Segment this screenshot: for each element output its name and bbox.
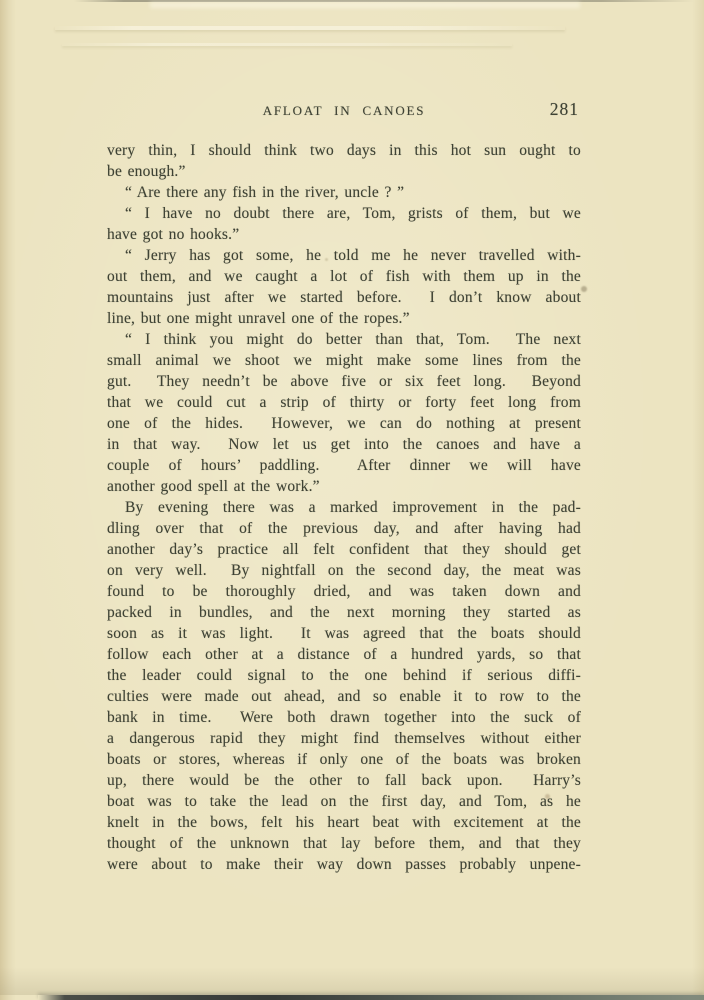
- paragraph: “ Jerry has got some, he told me he neve…: [107, 245, 581, 329]
- text-line: “ I have no doubt there are, Tom, grists…: [107, 203, 581, 224]
- text-line: out them, and we caught a lot of fish wi…: [107, 266, 581, 287]
- text-line: “ Are there any fish in the river, uncle…: [107, 182, 581, 203]
- text-line: bank in time. Were both drawn together i…: [107, 707, 581, 728]
- text-line: mountains just after we started before. …: [107, 287, 581, 308]
- paragraph: By evening there was a marked improvemen…: [107, 497, 581, 875]
- page-number: 281: [550, 99, 579, 120]
- text-line: that we could cut a strip of thirty or f…: [107, 392, 581, 413]
- text-line: boats or stores, whereas if only one of …: [107, 749, 581, 770]
- text-line: be enough.”: [107, 161, 581, 182]
- text-line: knelt in the bows, felt his heart beat w…: [107, 812, 581, 833]
- text-line: the leader could signal to the one behin…: [107, 665, 581, 686]
- text-line: found to be thoroughly dried, and was ta…: [107, 581, 581, 602]
- text-line: “ Jerry has got some, he told me he neve…: [107, 245, 581, 266]
- text-line: thought of the unknown that lay before t…: [107, 833, 581, 854]
- paragraph: “ Are there any fish in the river, uncle…: [107, 182, 581, 203]
- text-line: packed in bundles, and the next morning …: [107, 602, 581, 623]
- paragraph: “ I have no doubt there are, Tom, grists…: [107, 203, 581, 245]
- top-crease-highlight: [150, 2, 580, 8]
- paragraph: “ I think you might do better than that,…: [107, 329, 581, 497]
- left-page-edge-shading: [0, 0, 16, 1000]
- text-line: another good spell at the work.”: [107, 476, 581, 497]
- text-line: culties were made out ahead, and so enab…: [107, 686, 581, 707]
- bottom-paper-dimming: [0, 967, 704, 995]
- paper-crease: [55, 26, 565, 30]
- text-line: gut. They needn’t be above five or six f…: [107, 371, 581, 392]
- text-line: couple of hours’ paddling. After dinner …: [107, 455, 581, 476]
- text-line: a dangerous rapid they might find themse…: [107, 728, 581, 749]
- text-line: up, there would be the other to fall bac…: [107, 770, 581, 791]
- book-page: AFLOAT IN CANOES 281 very thin, I should…: [0, 0, 704, 1000]
- text-line: on very well. By nightfall on the second…: [107, 560, 581, 581]
- text-line: another day’s practice all felt confiden…: [107, 539, 581, 560]
- paragraph: very thin, I should think two days in th…: [107, 140, 581, 182]
- text-line: boat was to take the lead on the first d…: [107, 791, 581, 812]
- text-line: one of the hides. However, we can do not…: [107, 413, 581, 434]
- right-page-edge-shading: [692, 0, 704, 1000]
- text-line: small animal we shoot we might make some…: [107, 350, 581, 371]
- paper-crease: [62, 43, 512, 46]
- running-title: AFLOAT IN CANOES: [107, 103, 581, 119]
- text-line: soon as it was light. It was agreed that…: [107, 623, 581, 644]
- text-body: very thin, I should think two days in th…: [107, 140, 581, 875]
- text-line: line, but one might unravel one of the r…: [107, 308, 581, 329]
- ink-speck: [581, 286, 587, 292]
- page-header: AFLOAT IN CANOES 281: [107, 103, 581, 123]
- bottom-scan-shadow: [38, 995, 704, 1000]
- text-line: were about to make their way down passes…: [107, 854, 581, 875]
- text-line: follow each other at a distance of a hun…: [107, 644, 581, 665]
- text-line: in that way. Now let us get into the can…: [107, 434, 581, 455]
- text-line: very thin, I should think two days in th…: [107, 140, 581, 161]
- text-line: have got no hooks.”: [107, 224, 581, 245]
- text-line: By evening there was a marked improvemen…: [107, 497, 581, 518]
- text-line: dling over that of the previous day, and…: [107, 518, 581, 539]
- text-line: “ I think you might do better than that,…: [107, 329, 581, 350]
